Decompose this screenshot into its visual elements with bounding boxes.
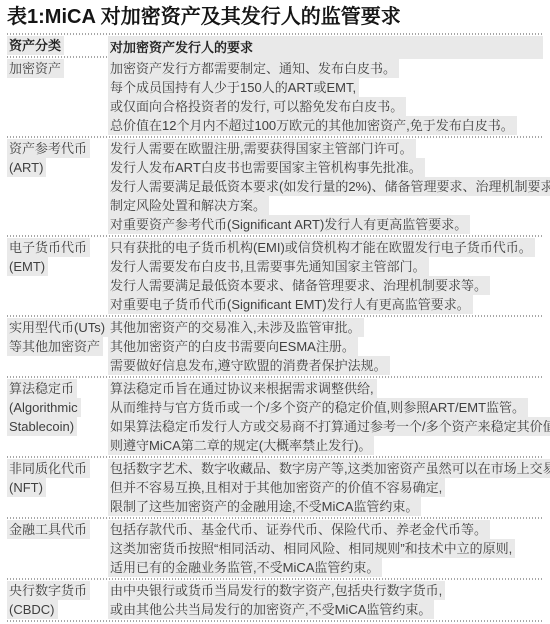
category-line: (Algorithmic [7, 398, 81, 417]
requirement-line: 对重要电子货币代币(Significant EMT)发行人有更高监管要求。 [108, 295, 473, 314]
requirement-line-wrap: 从而维持与官方货币或一个/多个资产的稳定价值,则参照ART/EMT监管。 [108, 398, 543, 417]
category-line: 等其他加密资产 [7, 337, 103, 356]
asset-category-cell: 加密资产 [7, 59, 108, 135]
category-line-wrap: (NFT) [7, 478, 108, 497]
category-line: 加密资产 [7, 59, 64, 78]
requirement-line-wrap: 对重要电子货币代币(Significant EMT)发行人有更高监管要求。 [108, 295, 543, 314]
table-title: 表1:MiCA 对加密资产及其发行人的监管要求 [7, 4, 543, 33]
category-line-wrap: (EMT) [7, 257, 108, 276]
requirement-line: 其他加密资产的白皮书需要向ESMA注册。 [108, 337, 358, 356]
category-line: 非同质化代币 [7, 459, 90, 478]
requirement-line: 需要做好信息发布,遵守欧盟的消费者保护法规。 [108, 356, 390, 375]
requirement-line: 限制了这些加密资产的金融用途,不受MiCA监管约束。 [108, 497, 421, 516]
requirement-line-wrap: 每个成员国持有人少于150人的ART或EMT, [108, 78, 543, 97]
requirement-line: 或仅面向合格投资者的发行, 可以豁免发布白皮书。 [108, 97, 406, 116]
requirement-line-wrap: 则遵守MiCA第二章的规定(大概率禁止发行)。 [108, 436, 543, 455]
category-line-wrap: (CBDC) [7, 600, 108, 619]
category-line: (EMT) [7, 257, 48, 276]
table-row: 电子货币代币(EMT)只有获批的电子货币机构(EMI)或信贷机构才能在欧盟发行电… [7, 237, 543, 315]
requirement-line-wrap: 对重要资产参考代币(Significant ART)发行人有更高监管要求。 [108, 215, 543, 234]
requirements-cell: 只有获批的电子货币机构(EMI)或信贷机构才能在欧盟发行电子货币代币。发行人需要… [108, 238, 543, 314]
requirement-line-wrap: 其他加密资产的白皮书需要向ESMA注册。 [108, 337, 543, 356]
asset-category-cell: 电子货币代币(EMT) [7, 238, 108, 314]
requirement-line-wrap: 或由其他公共当局发行的加密资产,不受MiCA监管约束。 [108, 600, 543, 619]
category-line: 实用型代币(UTs) [7, 318, 108, 337]
requirements-cell: 包括数字艺术、数字收藏品、数字房产等,这类加密资产虽然可以在市场上交易,但并不容… [108, 459, 543, 516]
category-line: 金融工具代币 [7, 520, 90, 539]
requirement-line: 则遵守MiCA第二章的规定(大概率禁止发行)。 [108, 436, 374, 455]
category-line: 电子货币代币 [7, 238, 90, 257]
requirement-line: 适用已有的金融业务监管,不受MiCA监管约束。 [108, 558, 382, 577]
requirement-line: 每个成员国持有人少于150人的ART或EMT, [108, 78, 359, 97]
requirement-line: 加密资产发行方都需要制定、通知、发布白皮书。 [108, 59, 399, 78]
table-row: 加密资产加密资产发行方都需要制定、通知、发布白皮书。每个成员国持有人少于150人… [7, 58, 543, 136]
requirement-line: 制定风险处置和解决方案。 [108, 196, 269, 215]
requirement-line-wrap: 需要做好信息发布,遵守欧盟的消费者保护法规。 [108, 356, 543, 375]
requirement-line-wrap: 包括存款代币、基金代币、证券代币、保险代币、养老金代币等。 [108, 520, 543, 539]
requirement-line-wrap: 发行人需要满足最低资本要求、储备管理要求、治理机制要求等。 [108, 276, 543, 295]
asset-category-cell: 金融工具代币 [7, 520, 108, 577]
requirement-line: 发行人需要满足最低资本要求(如发行量的2%)、储备管理要求、治理机制要求, [108, 177, 550, 196]
requirement-line-wrap: 发行人发布ART白皮书也需要国家主管机构事先批准。 [108, 158, 543, 177]
requirement-line: 总价值在12个月内不超过100万欧元的其他加密资产,免于发布白皮书。 [108, 116, 517, 135]
requirement-line: 包括存款代币、基金代币、证券代币、保险代币、养老金代币等。 [108, 520, 490, 539]
requirement-line: 只有获批的电子货币机构(EMI)或信贷机构才能在欧盟发行电子货币代币。 [108, 238, 535, 257]
requirement-line: 发行人需要发布白皮书,且需要事先通知国家主管部门。 [108, 257, 429, 276]
requirements-cell: 其他加密资产的交易准入,未涉及监管审批。其他加密资产的白皮书需要向ESMA注册。… [108, 318, 543, 375]
requirement-line: 算法稳定币旨在通过协议来根据需求调整供给, [108, 379, 377, 398]
requirement-line-wrap: 总价值在12个月内不超过100万欧元的其他加密资产,免于发布白皮书。 [108, 116, 543, 135]
asset-category-cell: 实用型代币(UTs)等其他加密资产 [7, 318, 108, 375]
requirement-line: 或由其他公共当局发行的加密资产,不受MiCA监管约束。 [108, 600, 434, 619]
category-line: 央行数字货币 [7, 581, 90, 600]
category-line: 算法稳定币 [7, 379, 77, 398]
category-line-wrap: 加密资产 [7, 59, 108, 78]
requirement-line-wrap: 限制了这些加密资产的金融用途,不受MiCA监管约束。 [108, 497, 543, 516]
category-line: (ART) [7, 158, 46, 177]
table-row: 实用型代币(UTs)等其他加密资产其他加密资产的交易准入,未涉及监管审批。其他加… [7, 317, 543, 376]
requirement-line: 但并不容易互换,且相对于其他加密资产的价值不容易确定, [108, 478, 445, 497]
requirement-line-wrap: 制定风险处置和解决方案。 [108, 196, 543, 215]
requirement-line-wrap: 这类加密货币按照“相同活动、相同风险、相同规则”和技术中立的原则, [108, 539, 543, 558]
header-cell-asset-category: 资产分类 [7, 36, 108, 55]
requirement-line-wrap: 算法稳定币旨在通过协议来根据需求调整供给, [108, 379, 543, 398]
category-line: Stablecoin) [7, 417, 77, 436]
table-figure: 表1:MiCA 对加密资产及其发行人的监管要求 资产分类 对加密资产发行人的要求… [0, 0, 550, 624]
asset-category-cell: 央行数字货币(CBDC) [7, 581, 108, 619]
table-body: 加密资产加密资产发行方都需要制定、通知、发布白皮书。每个成员国持有人少于150人… [7, 58, 543, 622]
requirement-line: 如果算法稳定币发行人方或交易商不打算通过参考一个/多个资产来稳定其价值, [108, 417, 550, 436]
table-row: 资产参考代币(ART)发行人需要在欧盟注册,需要获得国家主管部门许可。发行人发布… [7, 138, 543, 235]
table-row: 非同质化代币(NFT)包括数字艺术、数字收藏品、数字房产等,这类加密资产虽然可以… [7, 458, 543, 517]
requirement-line-wrap: 发行人需要发布白皮书,且需要事先通知国家主管部门。 [108, 257, 543, 276]
asset-category-cell: 资产参考代币(ART) [7, 139, 108, 234]
requirements-cell: 包括存款代币、基金代币、证券代币、保险代币、养老金代币等。这类加密货币按照“相同… [108, 520, 543, 577]
column-header-asset-category: 资产分类 [7, 36, 64, 55]
category-line-wrap: (ART) [7, 158, 108, 177]
requirement-line-wrap: 包括数字艺术、数字收藏品、数字房产等,这类加密资产虽然可以在市场上交易, [108, 459, 543, 478]
category-line-wrap: 央行数字货币 [7, 581, 108, 600]
requirements-cell: 算法稳定币旨在通过协议来根据需求调整供给,从而维持与官方货币或一个/多个资产的稳… [108, 379, 543, 455]
requirement-line-wrap: 其他加密资产的交易准入,未涉及监管审批。 [108, 318, 543, 337]
requirements-cell: 加密资产发行方都需要制定、通知、发布白皮书。每个成员国持有人少于150人的ART… [108, 59, 543, 135]
asset-category-cell: 算法稳定币(AlgorithmicStablecoin) [7, 379, 108, 455]
requirement-line-wrap: 加密资产发行方都需要制定、通知、发布白皮书。 [108, 59, 543, 78]
category-line: 资产参考代币 [7, 139, 90, 158]
requirement-line-wrap: 发行人需要满足最低资本要求(如发行量的2%)、储备管理要求、治理机制要求, [108, 177, 543, 196]
requirement-line-wrap: 或仅面向合格投资者的发行, 可以豁免发布白皮书。 [108, 97, 543, 116]
requirement-line-wrap: 只有获批的电子货币机构(EMI)或信贷机构才能在欧盟发行电子货币代币。 [108, 238, 543, 257]
category-line-wrap: 金融工具代币 [7, 520, 108, 539]
category-line: (CBDC) [7, 600, 58, 619]
requirement-line-wrap: 发行人需要在欧盟注册,需要获得国家主管部门许可。 [108, 139, 543, 158]
table-row: 金融工具代币包括存款代币、基金代币、证券代币、保险代币、养老金代币等。这类加密货… [7, 519, 543, 578]
requirement-line-wrap: 如果算法稳定币发行人方或交易商不打算通过参考一个/多个资产来稳定其价值, [108, 417, 543, 436]
column-header-requirements: 对加密资产发行人的要求 [108, 36, 543, 59]
category-line-wrap: Stablecoin) [7, 417, 108, 436]
requirement-line-wrap: 适用已有的金融业务监管,不受MiCA监管约束。 [108, 558, 543, 577]
requirements-cell: 发行人需要在欧盟注册,需要获得国家主管部门许可。发行人发布ART白皮书也需要国家… [108, 139, 543, 234]
table-row: 央行数字货币(CBDC)由中央银行或货币当局发行的数字资产,包括央行数字货币,或… [7, 580, 543, 620]
requirement-line: 发行人发布ART白皮书也需要国家主管机构事先批准。 [108, 158, 425, 177]
requirement-line: 包括数字艺术、数字收藏品、数字房产等,这类加密资产虽然可以在市场上交易, [108, 459, 550, 478]
requirement-line: 发行人需要满足最低资本要求、储备管理要求、治理机制要求等。 [108, 276, 490, 295]
requirements-cell: 由中央银行或货币当局发行的数字资产,包括央行数字货币,或由其他公共当局发行的加密… [108, 581, 543, 619]
category-line-wrap: 算法稳定币 [7, 379, 108, 398]
category-line-wrap: 非同质化代币 [7, 459, 108, 478]
requirement-line: 这类加密货币按照“相同活动、相同风险、相同规则”和技术中立的原则, [108, 539, 515, 558]
table-row: 算法稳定币(AlgorithmicStablecoin)算法稳定币旨在通过协议来… [7, 378, 543, 456]
header-cell-requirements: 对加密资产发行人的要求 [108, 36, 543, 55]
category-line-wrap: 等其他加密资产 [7, 337, 108, 356]
requirement-line-wrap: 但并不容易互换,且相对于其他加密资产的价值不容易确定, [108, 478, 543, 497]
row-divider [7, 620, 543, 622]
requirement-line: 从而维持与官方货币或一个/多个资产的稳定价值,则参照ART/EMT监管。 [108, 398, 528, 417]
table-header-row: 资产分类 对加密资产发行人的要求 [7, 35, 543, 56]
category-line-wrap: 资产参考代币 [7, 139, 108, 158]
category-line-wrap: (Algorithmic [7, 398, 108, 417]
requirement-line: 对重要资产参考代币(Significant ART)发行人有更高监管要求。 [108, 215, 470, 234]
category-line-wrap: 电子货币代币 [7, 238, 108, 257]
requirement-line-wrap: 由中央银行或货币当局发行的数字资产,包括央行数字货币, [108, 581, 543, 600]
requirement-line: 发行人需要在欧盟注册,需要获得国家主管部门许可。 [108, 139, 416, 158]
requirement-line: 其他加密资产的交易准入,未涉及监管审批。 [108, 318, 364, 337]
category-line-wrap: 实用型代币(UTs) [7, 318, 108, 337]
requirement-line: 由中央银行或货币当局发行的数字资产,包括央行数字货币, [108, 581, 445, 600]
category-line: (NFT) [7, 478, 46, 497]
asset-category-cell: 非同质化代币(NFT) [7, 459, 108, 516]
